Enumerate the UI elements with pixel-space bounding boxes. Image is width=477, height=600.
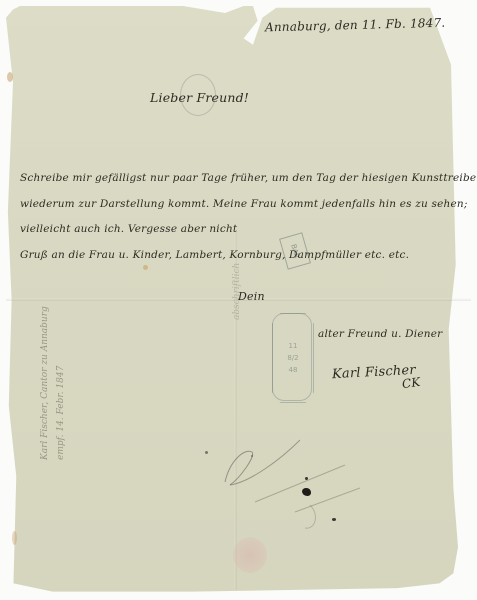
signature-initials: CK — [401, 375, 421, 391]
letter-body-line: Gruß an die Frau u. Kinder, Lambert, Kor… — [20, 249, 409, 261]
margin-note: Karl Fischer, Cantor zu Annaburg — [40, 306, 50, 460]
margin-note: empf. 14. Febr. 1847 — [56, 366, 66, 460]
postal-stamp-line: 8/2 — [287, 354, 298, 362]
letter-body-line: vielleicht auch ich. Vergesse aber nicht — [20, 223, 237, 235]
postal-stamp-line: 11 — [289, 342, 298, 350]
ink-dot — [251, 455, 253, 457]
margin-note: abschriftlich — [232, 263, 242, 320]
letter-body-line: wiederum zur Darstellung kommt. Meine Fr… — [20, 198, 468, 210]
foxing-stain — [7, 72, 13, 82]
closing-word: Dein — [238, 290, 265, 303]
foxing-stain — [143, 265, 148, 270]
letter-body-line: Schreibe mir gefälligst nur paar Tage fr… — [20, 172, 476, 184]
red-seal-stamp — [233, 537, 267, 573]
ink-dot — [332, 518, 336, 521]
closing-phrase: alter Freund u. Diener — [318, 328, 442, 340]
foxing-stain — [12, 531, 17, 545]
ink-blot — [302, 488, 311, 496]
postal-stamp-line: 48 — [289, 366, 298, 374]
ink-dot — [305, 477, 308, 480]
pencil-scribble — [210, 430, 360, 530]
salutation: Lieber Freund! — [150, 90, 249, 105]
postal-stamp-octagon-text: 11 8/2 48 — [272, 313, 314, 403]
ink-dot — [205, 451, 208, 454]
scan-canvas: BAR 11 8/2 48 Annaburg, den 11. Fb. 1847… — [0, 0, 477, 600]
